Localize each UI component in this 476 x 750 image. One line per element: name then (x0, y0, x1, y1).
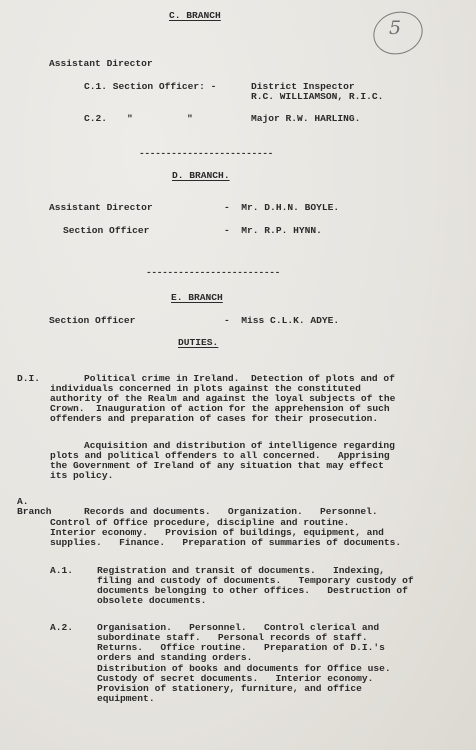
di-paragraph-2-line: its policy. (50, 471, 113, 481)
c-branch-assistant-director-label: Assistant Director (49, 59, 153, 69)
di-label: D.I. (17, 374, 40, 384)
d-branch-section-officer-value: - Mr. R.P. HYNN. (224, 226, 322, 236)
d-branch-assistant-director-label: Assistant Director (49, 203, 153, 213)
a1-line: obsolete documents. (97, 596, 206, 606)
c1-value-line2: R.C. WILLIAMSON, R.I.C. (251, 92, 383, 102)
di-paragraph-1-line: offenders and preparation of cases for t… (50, 414, 378, 424)
section-separator: ------------------------- (139, 148, 273, 159)
page-number: 5 (389, 17, 401, 39)
c1-section-officer-label: C.1. Section Officer: - (84, 82, 216, 92)
c2-ditto-mark: " (127, 114, 133, 124)
duties-heading: DUTIES. (178, 338, 218, 348)
c2-label: C.2. (84, 114, 107, 124)
a1-label: A.1. (50, 566, 73, 576)
a-branch-line: Records and documents. Organization. Per… (84, 507, 378, 517)
c2-value: Major R.W. HARLING. (251, 114, 360, 124)
e-branch-section-officer-label: Section Officer (49, 316, 135, 326)
c2-ditto-mark: " (187, 114, 193, 124)
c-branch-heading: C. BRANCH (169, 11, 221, 21)
e-branch-heading: E. BRANCH (171, 293, 223, 303)
a2-line: orders and standing orders. (97, 653, 252, 663)
section-separator: ------------------------- (146, 267, 280, 278)
a-branch-line: supplies. Finance. Preparation of summar… (50, 538, 401, 548)
a2-line: equipment. (97, 694, 155, 704)
typewritten-document-page: 5 C. BRANCH Assistant Director C.1. Sect… (0, 0, 476, 750)
a-branch-label: Branch (17, 507, 52, 517)
d-branch-heading: D. BRANCH. (172, 171, 230, 181)
a2-label: A.2. (50, 623, 73, 633)
e-branch-section-officer-value: - Miss C.L.K. ADYE. (224, 316, 339, 326)
d-branch-section-officer-label: Section Officer (63, 226, 149, 236)
d-branch-assistant-director-value: - Mr. D.H.N. BOYLE. (224, 203, 339, 213)
